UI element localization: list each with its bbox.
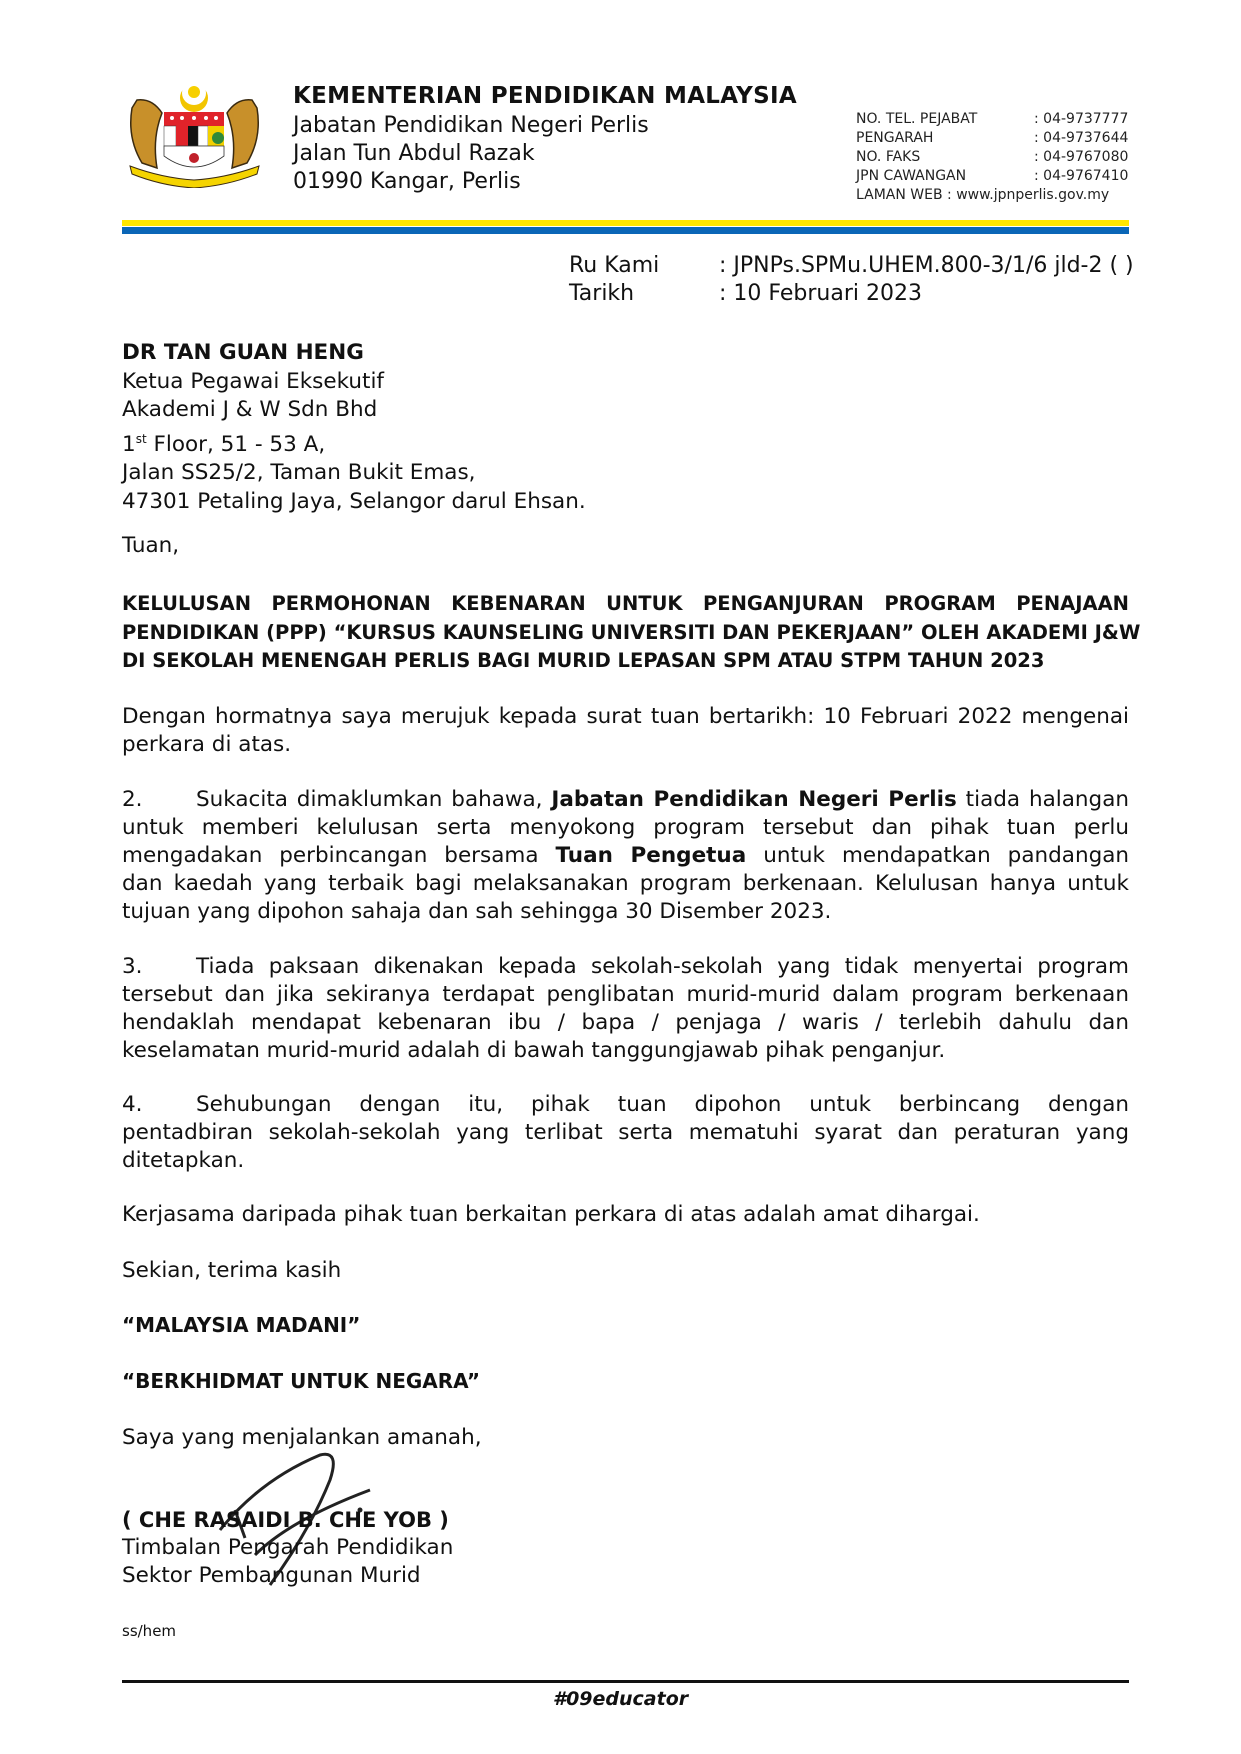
bold-text: Jabatan Pendidikan Negeri Perlis <box>551 787 956 812</box>
coat-of-arms-logo <box>122 78 267 188</box>
footer-divider <box>122 1680 1129 1683</box>
floor-rest: Floor, 51 - 53 A, <box>147 432 326 457</box>
recipient-title: Ketua Pegawai Eksekutif <box>122 368 586 397</box>
floor-number: 1 <box>122 432 136 457</box>
header-stripe-yellow <box>122 220 1129 226</box>
text: Sukacita dimaklumkan bahawa, <box>196 787 551 812</box>
contact-row: JPN CAWANGAN: 04-9767410 <box>856 167 1128 186</box>
salutation: Tuan, <box>122 533 179 558</box>
recipient-company: Akademi J & W Sdn Bhd <box>122 396 586 425</box>
contact-label: JPN CAWANGAN <box>856 167 1034 186</box>
recipient-address-line1: 1st Floor, 51 - 53 A, <box>122 425 586 460</box>
recipient-address: DR TAN GUAN HENG Ketua Pegawai Eksekutif… <box>122 339 586 516</box>
signer-title: Timbalan Pengarah Pendidikan <box>122 1535 453 1560</box>
reference-number: Ru Kami: JPNPs.SPMu.UHEM.800-3/1/6 jld-2… <box>569 253 1134 278</box>
reference-label: Ru Kami <box>569 253 719 278</box>
website[interactable]: LAMAN WEB : www.jpnperlis.gov.my <box>856 186 1128 205</box>
contact-label: PENGARAH <box>856 129 1034 148</box>
department-name: Jabatan Pendidikan Negeri Perlis <box>293 113 649 138</box>
contact-row: PENGARAH: 04-9737644 <box>856 129 1128 148</box>
paragraph-2: 2.Sukacita dimaklumkan bahawa, Jabatan P… <box>122 786 1129 926</box>
address-street: Jalan Tun Abdul Razak <box>293 141 535 166</box>
contact-block: NO. TEL. PEJABAT: 04-9737777 PENGARAH: 0… <box>856 110 1128 205</box>
paragraph-3: 3.Tiada paksaan dikenakan kepada sekolah… <box>122 953 1129 1065</box>
paragraph-appreciation: Kerjasama daripada pihak tuan berkaitan … <box>122 1201 1129 1229</box>
reference-initials: ss/hem <box>122 1622 176 1640</box>
paragraph-line: tujuan yang dipohon sahaja dan sah sehin… <box>122 898 1129 926</box>
paragraph-line: hendaklah mendapat kebenaran ibu / bapa … <box>122 1009 1129 1037</box>
contact-value: : 04-9767080 <box>1034 148 1128 167</box>
recipient-address-line3: 47301 Petaling Jaya, Selangor darul Ehsa… <box>122 488 586 517</box>
paragraph-line: untuk memberi kelulusan serta menyokong … <box>122 814 1129 842</box>
paragraph-1: Dengan hormatnya saya merujuk kepada sur… <box>122 703 1129 759</box>
text: Tiada paksaan dikenakan kepada sekolah-s… <box>196 954 1129 979</box>
paragraph-line: mengadakan perbincangan bersama Tuan Pen… <box>122 842 1129 870</box>
reference-value: : JPNPs.SPMu.UHEM.800-3/1/6 jld-2 ( ) <box>719 253 1134 278</box>
text: Sehubungan dengan itu, pihak tuan dipoho… <box>196 1092 1129 1117</box>
letter-date: Tarikh: 10 Februari 2023 <box>569 281 922 306</box>
paragraph-number: 2. <box>122 786 196 814</box>
contact-label: NO. TEL. PEJABAT <box>856 110 1034 129</box>
contact-value: : 04-9737777 <box>1034 110 1128 129</box>
slogan-malaysia-madani: “MALAYSIA MADANI” <box>122 1313 360 1337</box>
paragraph-line: Kerjasama daripada pihak tuan berkaitan … <box>122 1201 1129 1229</box>
paragraph-line: dan kaedah yang terbaik bagi melaksanaka… <box>122 870 1129 898</box>
paragraph-line: 4.Sehubungan dengan itu, pihak tuan dipo… <box>122 1091 1129 1119</box>
contact-row: NO. FAKS: 04-9767080 <box>856 148 1128 167</box>
date-label: Tarikh <box>569 281 719 306</box>
bold-text: Tuan Pengetua <box>555 843 746 868</box>
ministry-name: KEMENTERIAN PENDIDIKAN MALAYSIA <box>293 83 797 109</box>
recipient-name: DR TAN GUAN HENG <box>122 339 586 368</box>
paragraph-line: pentadbiran sekolah-sekolah yang terliba… <box>122 1119 1129 1147</box>
text: mengadakan perbincangan bersama <box>122 843 555 868</box>
contact-label: NO. FAKS <box>856 148 1034 167</box>
paragraph-line: Sekian, terima kasih <box>122 1257 1129 1285</box>
paragraph-line: 2.Sukacita dimaklumkan bahawa, Jabatan P… <box>122 786 1129 814</box>
paragraph-number: 3. <box>122 953 196 981</box>
date-value: : 10 Februari 2023 <box>719 281 922 306</box>
paragraph-line: tersebut dan jika sekiranya terdapat pen… <box>122 981 1129 1009</box>
paragraph-4: 4.Sehubungan dengan itu, pihak tuan dipo… <box>122 1091 1129 1175</box>
footer-hashtag: #09educator <box>0 1688 1241 1710</box>
floor-suffix: st <box>136 432 147 446</box>
paragraph-line: keselamatan murid-murid adalah di bawah … <box>122 1037 1129 1065</box>
paragraph-thanks: Sekian, terima kasih <box>122 1257 1129 1285</box>
contact-row: NO. TEL. PEJABAT: 04-9737777 <box>856 110 1128 129</box>
slogan-berkhidmat: “BERKHIDMAT UNTUK NEGARA” <box>122 1369 480 1393</box>
paragraph-line: Dengan hormatnya saya merujuk kepada sur… <box>122 703 1129 731</box>
letter-subject: KELULUSAN PERMOHONAN KEBENARAN UNTUK PEN… <box>122 590 1129 676</box>
paragraph-line: ditetapkan. <box>122 1147 1129 1175</box>
text: tiada halangan <box>957 787 1129 812</box>
subject-line: KELULUSAN PERMOHONAN KEBENARAN UNTUK PEN… <box>122 590 1129 619</box>
paragraph-line: perkara di atas. <box>122 731 1129 759</box>
subject-line: PENDIDIKAN (PPP) “KURSUS KAUNSELING UNIV… <box>122 619 1129 648</box>
header-stripe-blue <box>122 227 1129 234</box>
text: untuk mendapatkan pandangan <box>746 843 1129 868</box>
address-city: 01990 Kangar, Perlis <box>293 169 521 194</box>
contact-value: : 04-9767410 <box>1034 167 1128 186</box>
subject-line: DI SEKOLAH MENENGAH PERLIS BAGI MURID LE… <box>122 647 1129 676</box>
paragraph-number: 4. <box>122 1091 196 1119</box>
signer-name: ( CHE RASAIDI B. CHE YOB ) <box>122 1508 449 1532</box>
signer-sector: Sektor Pembangunan Murid <box>122 1563 421 1588</box>
contact-value: : 04-9737644 <box>1034 129 1128 148</box>
closing-line: Saya yang menjalankan amanah, <box>122 1425 482 1450</box>
recipient-address-line2: Jalan SS25/2, Taman Bukit Emas, <box>122 459 586 488</box>
paragraph-line: 3.Tiada paksaan dikenakan kepada sekolah… <box>122 953 1129 981</box>
